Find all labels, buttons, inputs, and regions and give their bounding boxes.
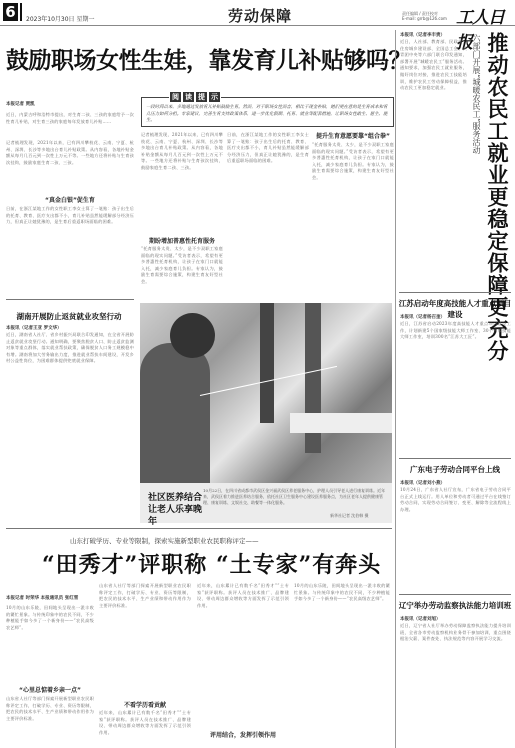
jiangsu-byline: 本报讯（记者杨召奎） bbox=[400, 314, 445, 320]
section-title: 劳动保障 bbox=[228, 5, 292, 26]
page-number-bar bbox=[20, 3, 22, 21]
bottom-byline: 本报记者 时荣华 本报通讯员 张红雪 bbox=[6, 595, 78, 601]
liaoning-body: 近日，辽宁省人社厅举办劳动保障监察执法能力提升培训班，全省各市劳动监察机构业务骨… bbox=[400, 623, 511, 748]
issue-date: 2023年10月30日 星期一 bbox=[26, 14, 94, 23]
lead-headline: 鼓励职场女性生娃，靠发育儿补贴够吗？ bbox=[6, 42, 411, 75]
lead-subhead: 期盼增加普惠性托育服务 bbox=[141, 236, 223, 245]
bottom-body-text: 10月的山东乐陵，田间地头呈现出一派丰收的繁忙景象。与传统印象中的农民不同，不少… bbox=[6, 605, 94, 685]
right-vertical-kicker: 六部门开展“城暖农民工”服务活动 bbox=[471, 34, 482, 154]
lead-body-text: 记者梳理发现，2021年以来，已有四川攀枝花、云南、宁夏、杭州、深圳、长沙等多地… bbox=[141, 132, 223, 232]
guangdong-byline: 本报讯（记者刘小燕） bbox=[400, 480, 445, 486]
lead-byline: 本报记者 贾凯 bbox=[6, 101, 35, 107]
article-divider bbox=[399, 458, 511, 459]
bottom-body-text: 山东省人社厅等部门探索开展新型职业农民职称评定工作，打破学历、专业、资历等限制，… bbox=[6, 696, 94, 748]
reading-tip-text: 一段时间以来，多地通过发放育儿补贴鼓励生育。然而，对于职场女性而言，相比于现金补… bbox=[146, 105, 390, 125]
lead-body-text: 日前，在浙江某地工作的女性职工李女士算了一笔账：孩子出生后的托育、教育、医疗支出… bbox=[227, 132, 309, 297]
hunan-body-text: 近日，湖南省人社厅、省乡村振兴局联合印发通知，在全省开展防止返贫就业攻坚行动。通… bbox=[6, 332, 134, 528]
photo-caption-title: 社区医养结合 让老人乐享晚年 bbox=[148, 492, 203, 528]
lead-body-text: 记者梳理发现，2021年以来，已有四川攀枝花、云南、宁夏、杭州、深圳、长沙等多地… bbox=[6, 140, 134, 198]
photo-caption-text: 10月22日，在四川省成都市武侯区金兴福武侯区养老服务中心，护理人员引导老人进行… bbox=[203, 488, 388, 506]
column-divider bbox=[395, 30, 396, 748]
article-divider bbox=[6, 299, 134, 300]
bottom-kicker: 山东打破学历、专业等限制，探索实施新型职业农民职称评定—— bbox=[70, 536, 259, 545]
reading-tip-title: 阅 读 提 示 bbox=[169, 92, 221, 102]
bottom-headline: “田秀才”评职称 “土专家”有奔头 bbox=[42, 548, 381, 579]
bottom-body-text: 山东省人社厅等部门探索开展新型职业农民职称评定工作，打破学历、专业、资历等限制，… bbox=[99, 583, 191, 693]
hunan-byline: 本报讯（记者王亚 罗文华） bbox=[6, 325, 62, 331]
editor-info: 责任编辑 / 责任校对 E-mail: grrb@126.com bbox=[402, 11, 452, 21]
editor-email: E-mail: grrb@126.com bbox=[402, 16, 452, 21]
bottom-subhead: 不看学历看贡献 bbox=[99, 700, 191, 709]
page-header: 6 2023年10月30日 星期一 劳动保障 责任编辑 / 责任校对 E-mai… bbox=[0, 0, 515, 26]
article-divider bbox=[6, 528, 392, 529]
lead-body-text: “托育服务太贵、太少，是不少双职工家庭面临的现实问题。”受访者表示，希望有更多普… bbox=[312, 142, 394, 297]
article-divider bbox=[399, 594, 511, 595]
hunan-headline: 湖南开展防止返贫就业攻坚行动 bbox=[2, 311, 136, 322]
liaoning-byline: 本报讯（记者刘旭） bbox=[400, 616, 441, 622]
lead-body-text: “托育服务太贵、太少，是不少双职工家庭面临的现实问题。”受访者表示，希望有更多普… bbox=[141, 246, 223, 296]
eldercare-photo bbox=[140, 303, 392, 483]
photo-credit: 新华社记者 沈伯韩 摄 bbox=[330, 513, 369, 519]
article-divider bbox=[399, 292, 511, 293]
lead-subhead: 提升生育意愿要靠“组合拳” bbox=[312, 131, 394, 140]
guangdong-headline: 广东电子劳动合同平台上线 bbox=[397, 464, 513, 475]
liaoning-headline: 辽宁举办劳动监察执法能力培训班 bbox=[397, 600, 513, 611]
bottom-subhead: “心里总惦着乡亲一点” bbox=[6, 685, 94, 694]
jiangsu-body: 近日，江苏省启动2023年度高技能人才重点项目建设工作，计划新建5个国家级技能大… bbox=[400, 321, 511, 455]
lead-subhead: “真金白银”促生育 bbox=[6, 195, 134, 204]
bottom-body-text: 近年来，山东累计已有数千名“田秀才”“土专家”获评职称。获评人员在技术推广、品牌… bbox=[197, 583, 289, 728]
guangdong-body: 10月24日，广东省人社厅宣布，广东省电子劳动合同平台正式上线运行。用人单位和劳… bbox=[400, 487, 511, 592]
page-number: 6 bbox=[3, 3, 18, 21]
right-lead-byline: 本报讯（记者李丰贵） bbox=[400, 32, 445, 38]
right-lead-body: 近日，人社部、教育部、民政部、住房城乡建设部、全国总工会、共青团中央等六部门联合… bbox=[400, 39, 467, 289]
bottom-body-text: 近年来，山东累计已有数千名“田秀才”“土专家”获评职称。获评人员在技术推广、品牌… bbox=[99, 710, 191, 748]
bottom-body-text: 10月的山东乐陵，田间地头呈现出一派丰收的繁忙景象。与传统印象中的农民不同，不少… bbox=[294, 583, 390, 748]
lead-body-text: 日前，在浙江某地工作的女性职工李女士算了一笔账：孩子出生后的托育、教育、医疗支出… bbox=[6, 206, 134, 286]
bottom-subhead: 评用结合，发挥引领作用 bbox=[197, 730, 289, 739]
